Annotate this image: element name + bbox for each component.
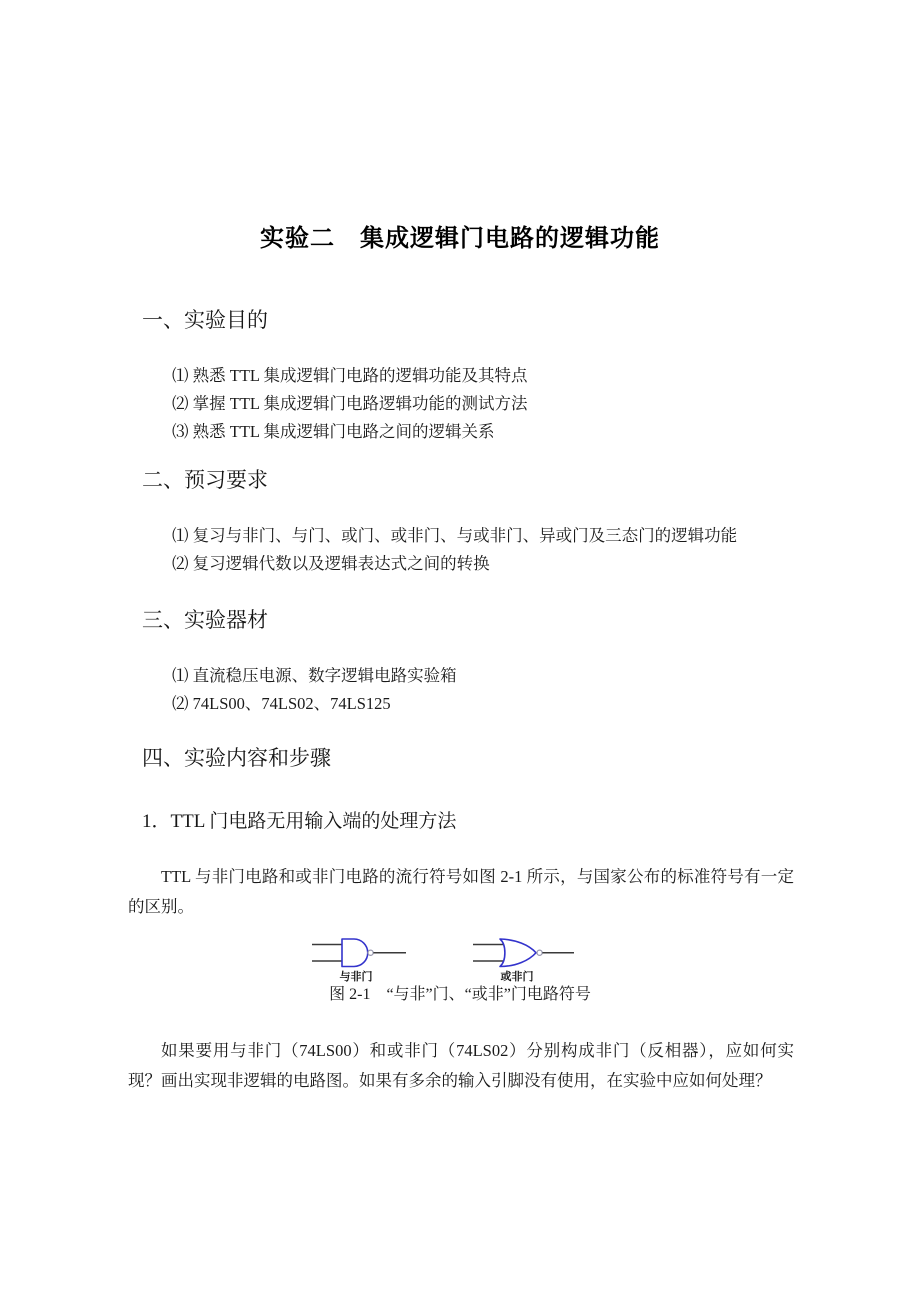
nand-gate-symbol: 与非门 <box>312 939 406 983</box>
nand-output-bubble <box>368 950 373 955</box>
equipment-list: ⑴ 直流稳压电源、数字逻辑电路实验箱 ⑵ 74LS00、74LS02、74LS1… <box>172 662 800 718</box>
nor-output-bubble <box>537 950 542 955</box>
page-title: 实验二 集成逻辑门电路的逻辑功能 <box>0 224 920 254</box>
subsection-heading-unused-inputs: 1．TTL 门电路无用输入端的处理方法 <box>142 810 800 834</box>
section-heading-2-preparation: 二、预习要求 <box>142 467 800 493</box>
section-heading-1-purpose: 一、实验目的 <box>142 307 800 333</box>
list-item: ⑵ 复习逻辑代数以及逻辑表达式之间的转换 <box>172 550 800 578</box>
list-item: ⑴ 复习与非门、与门、或门、或非门、与或非门、异或门及三态门的逻辑功能 <box>172 522 800 550</box>
section-heading-3-equipment: 三、实验器材 <box>142 607 800 633</box>
preparation-list: ⑴ 复习与非门、与门、或门、或非门、与或非门、异或门及三态门的逻辑功能 ⑵ 复习… <box>172 522 800 578</box>
list-item: ⑴ 熟悉 TTL 集成逻辑门电路的逻辑功能及其特点 <box>172 362 800 390</box>
nor-gate-symbol: 或非门 <box>473 939 574 983</box>
document-page: 实验二 集成逻辑门电路的逻辑功能 一、实验目的 ⑴ 熟悉 TTL 集成逻辑门电路… <box>0 0 920 1302</box>
gate-symbols-drawing: 与非门 或非门 <box>310 937 610 983</box>
list-item: ⑵ 74LS00、74LS02、74LS125 <box>172 690 800 718</box>
nand-gate-label: 与非门 <box>340 969 373 983</box>
paragraph-gate-symbols-intro: TTL 与非门电路和或非门电路的流行符号如图 2-1 所示，与国家公布的标准符号… <box>128 862 794 922</box>
nor-gate-label: 或非门 <box>501 969 534 983</box>
figure-caption: 图 2-1 “与非”门、“或非”门电路符号 <box>0 984 920 1006</box>
list-item: ⑵ 掌握 TTL 集成逻辑门电路逻辑功能的测试方法 <box>172 390 800 418</box>
list-item: ⑶ 熟悉 TTL 集成逻辑门电路之间的逻辑关系 <box>172 418 800 446</box>
list-item: ⑴ 直流稳压电源、数字逻辑电路实验箱 <box>172 662 800 690</box>
figure-2-1: 与非门 或非门 <box>0 937 920 983</box>
section-heading-4-procedure: 四、实验内容和步骤 <box>142 745 800 771</box>
purpose-list: ⑴ 熟悉 TTL 集成逻辑门电路的逻辑功能及其特点 ⑵ 掌握 TTL 集成逻辑门… <box>172 362 800 446</box>
paragraph-question: 如果要用与非门（74LS00）和或非门（74LS02）分别构成非门（反相器），应… <box>128 1036 794 1096</box>
